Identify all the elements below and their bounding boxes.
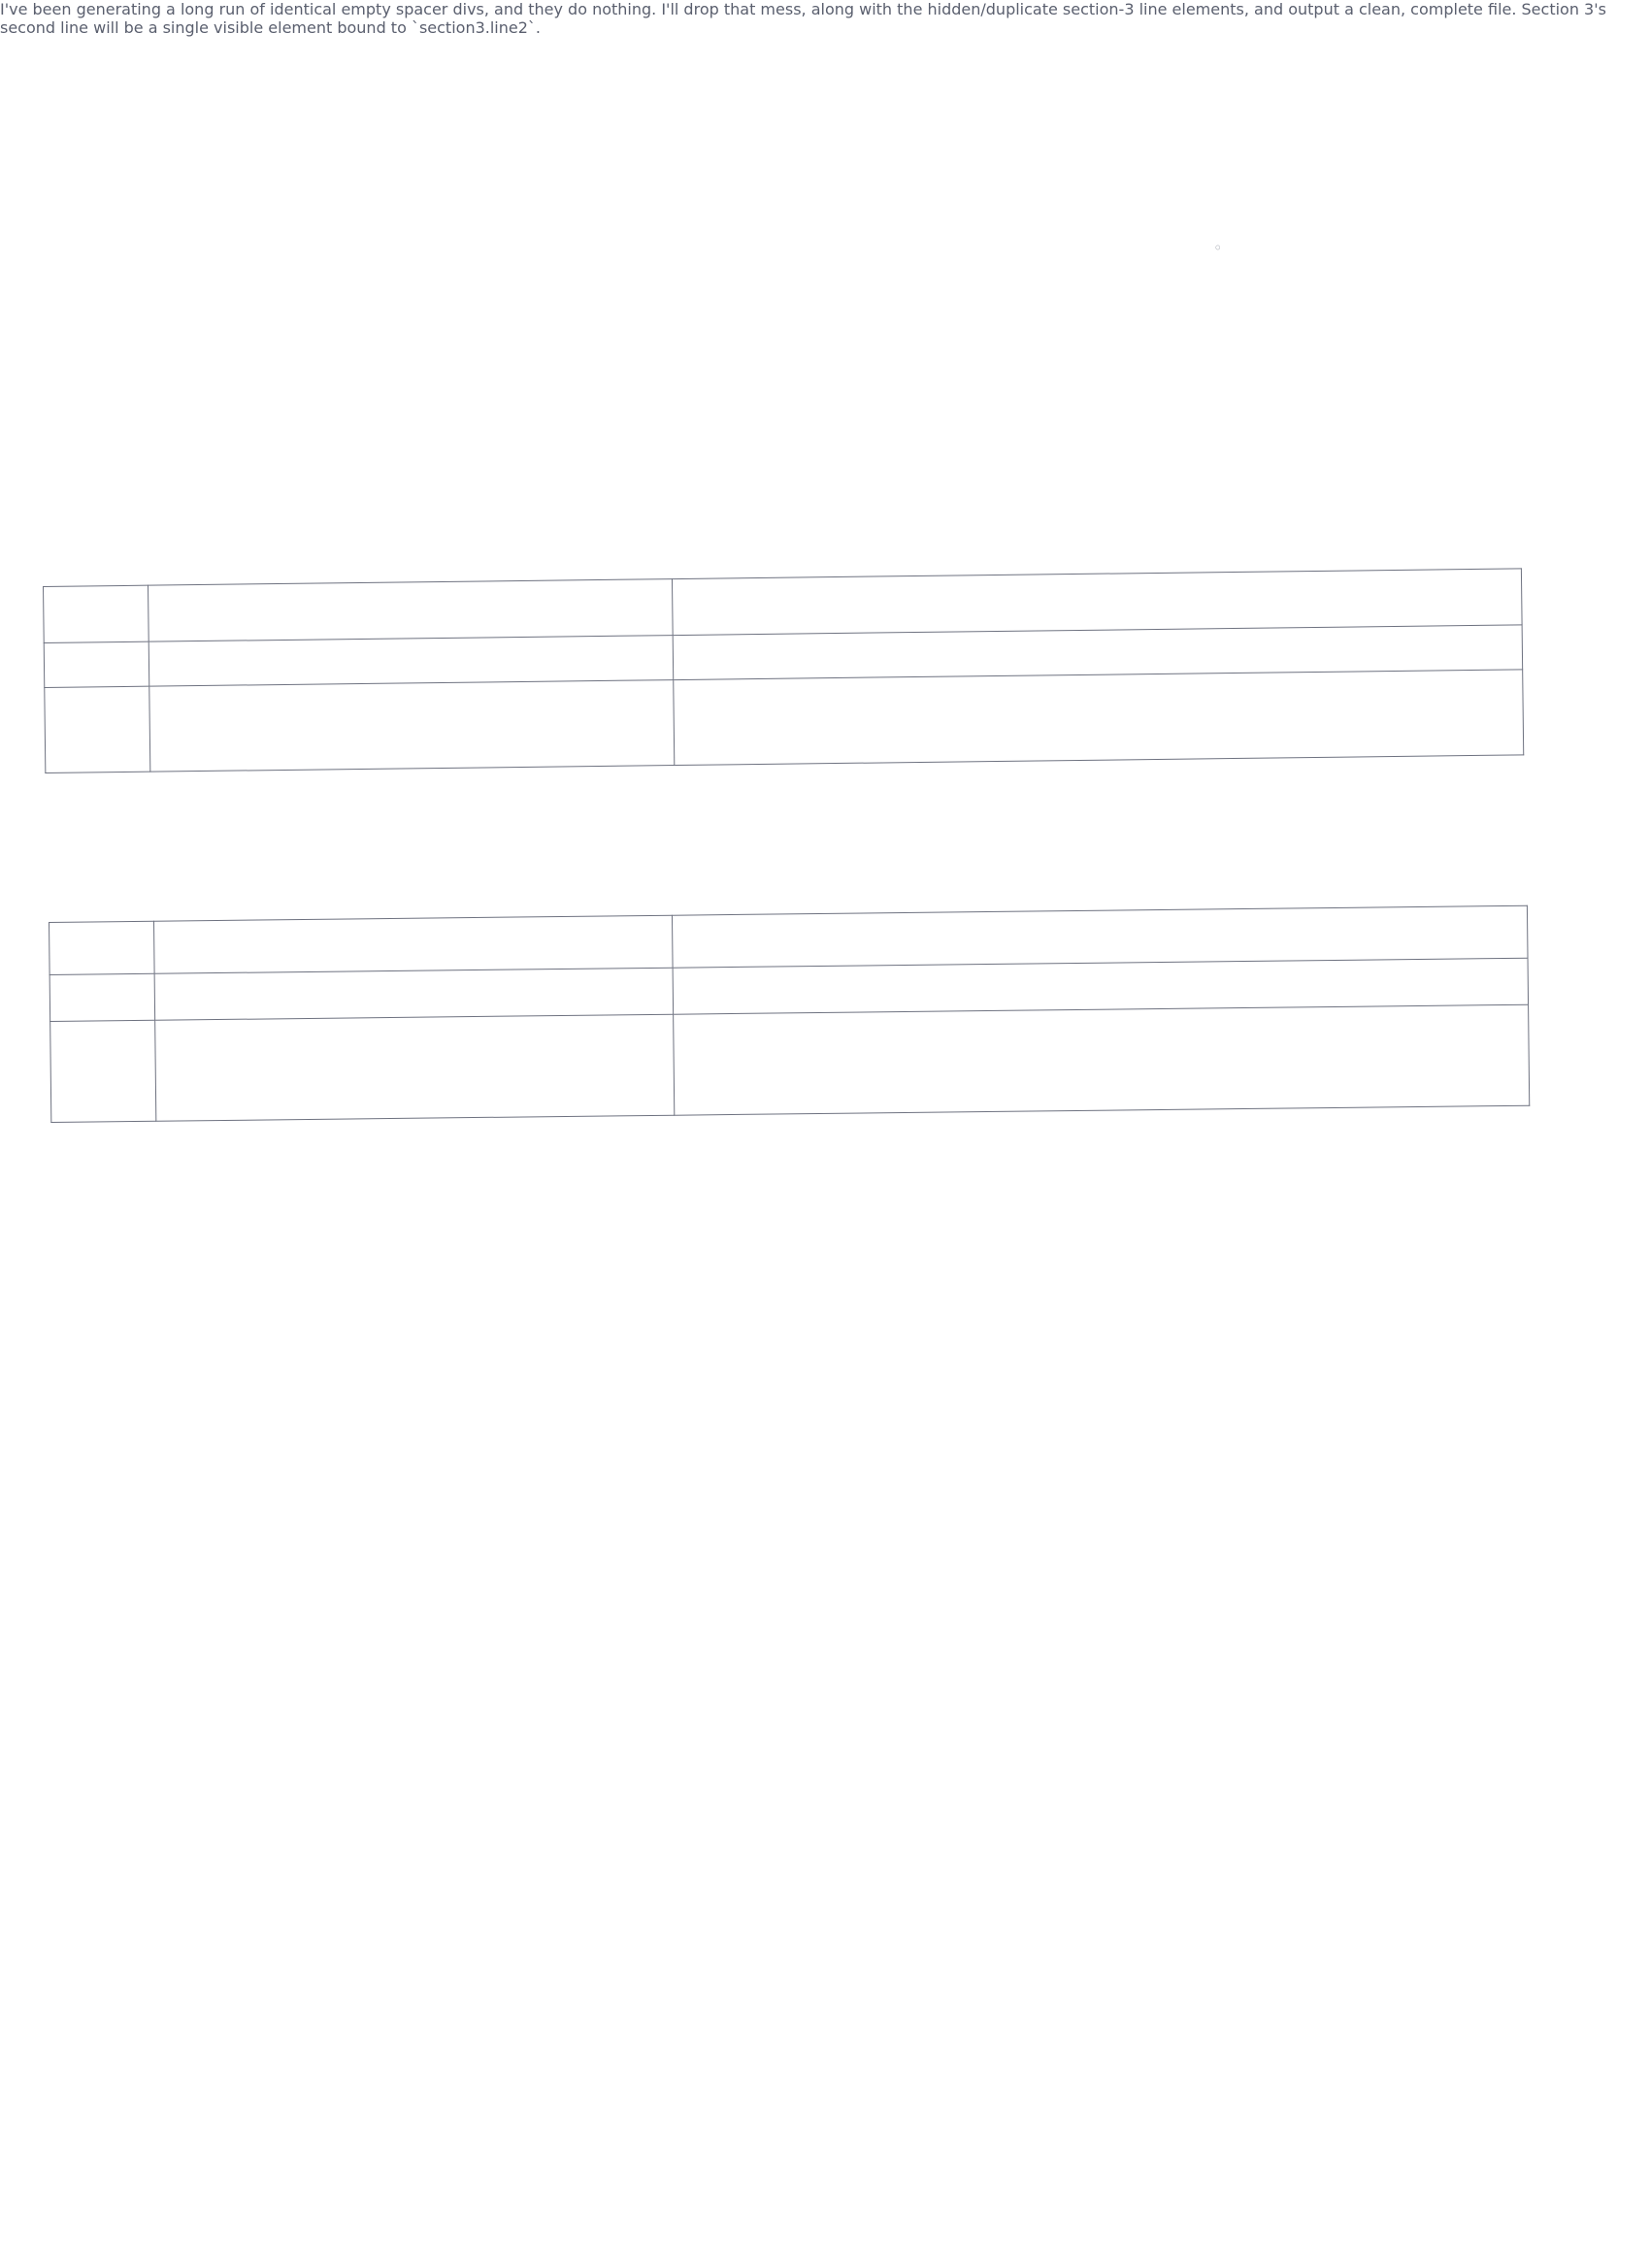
section2-chair xyxy=(233,800,279,823)
column-header xyxy=(49,921,155,974)
members-row xyxy=(223,384,233,403)
scan-mark: ◦ xyxy=(1213,239,1222,257)
table-row xyxy=(50,1004,1530,1122)
company-name xyxy=(154,968,674,1020)
table-row xyxy=(45,670,1524,773)
section1-chair xyxy=(225,530,255,548)
column-header xyxy=(148,579,673,642)
company-name xyxy=(155,1014,675,1121)
row-number xyxy=(50,1020,156,1122)
row-number xyxy=(45,686,150,772)
column-header xyxy=(153,915,673,973)
bidders-table xyxy=(43,568,1524,773)
company-name xyxy=(148,636,674,687)
company-name xyxy=(149,680,675,772)
row-number xyxy=(44,641,149,687)
prices-table xyxy=(49,905,1530,1123)
company-address xyxy=(674,670,1524,766)
chair-row xyxy=(223,353,233,372)
document-subtitle xyxy=(124,85,136,109)
column-header xyxy=(672,905,1528,968)
offered-price xyxy=(674,1004,1530,1115)
column-header xyxy=(672,569,1522,636)
column-header xyxy=(44,585,149,642)
row-number xyxy=(49,973,155,1021)
